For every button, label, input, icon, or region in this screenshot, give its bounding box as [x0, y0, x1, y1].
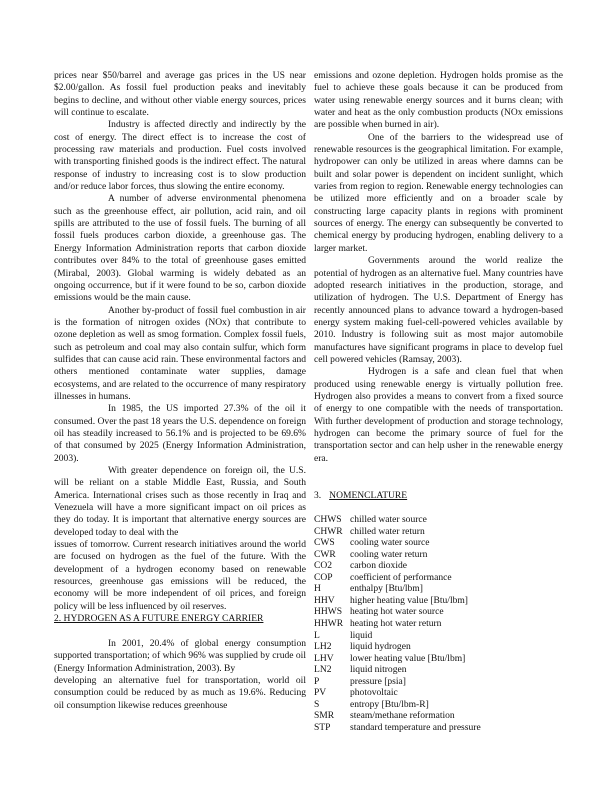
definition: heating hot water return	[350, 618, 441, 630]
paragraph: Governments around the world realize the…	[314, 255, 563, 366]
abbreviation: L	[314, 630, 350, 642]
nomenclature-list: CHWSchilled water source CHWRchilled wat…	[314, 514, 563, 733]
definition: entropy [Btu/lbm-R]	[350, 699, 429, 711]
abbreviation: SMR	[314, 710, 350, 722]
abbreviation: P	[314, 676, 350, 688]
definition: liquid hydrogen	[350, 641, 411, 653]
abbreviation: CHWR	[314, 526, 350, 538]
definition: cooling water return	[350, 549, 427, 561]
nomenclature-item: PVphotovoltaic	[314, 687, 563, 699]
paragraph: prices near $50/barrel and average gas p…	[54, 70, 306, 119]
nomenclature-item: CWRcooling water return	[314, 549, 563, 561]
paragraph: Another by-product of fossil fuel combus…	[54, 305, 306, 404]
abbreviation: HHWS	[314, 606, 350, 618]
abbreviation: HHWR	[314, 618, 350, 630]
definition: heating hot water source	[350, 606, 444, 618]
definition: chilled water source	[350, 514, 427, 526]
definition: coefficient of performance	[350, 572, 452, 584]
definition: photovoltaic	[350, 687, 398, 699]
definition: steam/methane reformation	[350, 710, 455, 722]
section-heading-nomenclature: 3.NOMENCLATURE	[314, 490, 563, 502]
abbreviation: PV	[314, 687, 350, 699]
paragraph: Industry is affected directly and indire…	[54, 119, 306, 193]
abbreviation: CWR	[314, 549, 350, 561]
nomenclature-item: STPstandard temperature and pressure	[314, 722, 563, 734]
section-title: NOMENCLATURE	[329, 490, 407, 501]
section-number: 3.	[314, 490, 321, 501]
abbreviation: H	[314, 583, 350, 595]
definition: standard temperature and pressure	[350, 722, 481, 734]
nomenclature-item: HHWSheating hot water source	[314, 606, 563, 618]
abbreviation: LHV	[314, 653, 350, 665]
abbreviation: HHV	[314, 595, 350, 607]
abbreviation: CWS	[314, 537, 350, 549]
abbreviation: LH2	[314, 641, 350, 653]
paragraph: In 2001, 20.4% of global energy consumpt…	[54, 638, 306, 675]
nomenclature-item: LH2liquid hydrogen	[314, 641, 563, 653]
paragraph: issues of tomorrow. Current research ini…	[54, 539, 306, 613]
paragraph: In 1985, the US imported 27.3% of the oi…	[54, 403, 306, 465]
abbreviation: LN2	[314, 664, 350, 676]
paragraph: developing an alternative fuel for trans…	[54, 675, 306, 712]
abbreviation: COP	[314, 572, 350, 584]
nomenclature-item: Henthalpy [Btu/lbm]	[314, 583, 563, 595]
nomenclature-item: LHVlower heating value [Btu/lbm]	[314, 653, 563, 665]
definition: enthalpy [Btu/lbm]	[350, 583, 423, 595]
definition: liquid	[350, 630, 372, 642]
right-column: emissions and ozone depletion. Hydrogen …	[314, 70, 563, 733]
nomenclature-item: Ppressure [psia]	[314, 676, 563, 688]
spacer	[314, 465, 563, 490]
definition: liquid nitrogen	[350, 664, 406, 676]
nomenclature-item: CO2carbon dioxide	[314, 560, 563, 572]
abbreviation: CHWS	[314, 514, 350, 526]
paragraph: Hydrogen is a safe and clean fuel that w…	[314, 366, 563, 465]
nomenclature-item: CHWSchilled water source	[314, 514, 563, 526]
section-heading-hydrogen: 2. HYDROGEN AS A FUTURE ENERGY CARRIER	[54, 613, 306, 625]
nomenclature-item: COPcoefficient of performance	[314, 572, 563, 584]
nomenclature-item: HHWRheating hot water return	[314, 618, 563, 630]
nomenclature-item: Sentropy [Btu/lbm-R]	[314, 699, 563, 711]
definition: cooling water source	[350, 537, 430, 549]
paragraph: emissions and ozone depletion. Hydrogen …	[314, 70, 563, 132]
nomenclature-item: HHVhigher heating value [Btu/lbm]	[314, 595, 563, 607]
definition: carbon dioxide	[350, 560, 407, 572]
definition: higher heating value [Btu/lbm]	[350, 595, 468, 607]
abbreviation: CO2	[314, 560, 350, 572]
nomenclature-item: SMRsteam/methane reformation	[314, 710, 563, 722]
spacer	[54, 625, 306, 637]
paragraph: A number of adverse environmental phenom…	[54, 193, 306, 304]
definition: pressure [psia]	[350, 676, 406, 688]
nomenclature-item: CWScooling water source	[314, 537, 563, 549]
nomenclature-item: LN2liquid nitrogen	[314, 664, 563, 676]
nomenclature-item: Lliquid	[314, 630, 563, 642]
paragraph: With greater dependence on foreign oil, …	[54, 465, 306, 539]
abbreviation: S	[314, 699, 350, 711]
abbreviation: STP	[314, 722, 350, 734]
definition: lower heating value [Btu/lbm]	[350, 653, 465, 665]
nomenclature-item: CHWRchilled water return	[314, 526, 563, 538]
paragraph: One of the barriers to the widespread us…	[314, 132, 563, 255]
left-column: prices near $50/barrel and average gas p…	[54, 70, 306, 712]
definition: chilled water return	[350, 526, 425, 538]
